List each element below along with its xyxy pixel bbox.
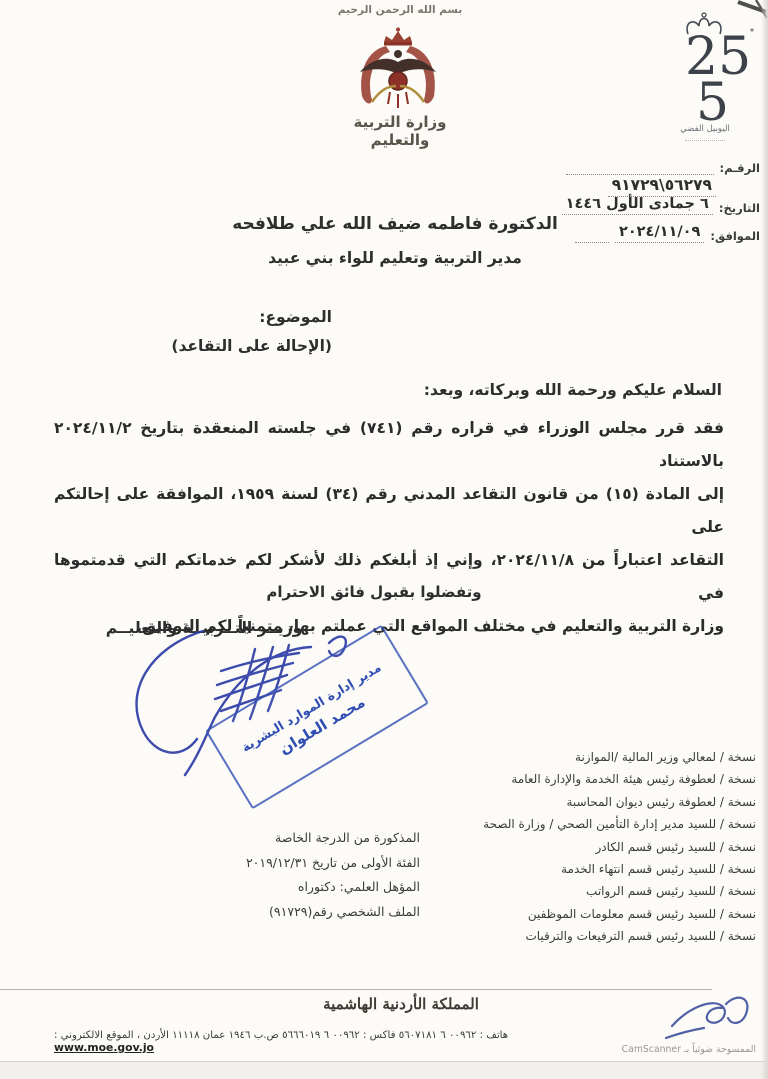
detail-line: المؤهل العلمي: دكتوراه <box>106 875 420 900</box>
subject-label: الموضوع: <box>58 308 332 326</box>
kingdom-name-calligraphy: المملكة الأردنية الهاشمية <box>272 995 530 1013</box>
camscanner-bottom-bar <box>0 1061 768 1079</box>
reference-number-value: ٥٦٢٧٩\٩١٧٢٩ <box>608 176 716 197</box>
detail-line: الفئة الأولى من تاريخ ٢٠١٩/١٢/٣١ <box>106 851 420 876</box>
detail-line: المذكورة من الدرجة الخاصة <box>106 826 420 851</box>
subject-value: (الإحالة على التقاعد) <box>58 337 332 355</box>
body-paragraph: فقد قرر مجلس الوزراء في قراره رقم (٧٤١) … <box>54 412 724 643</box>
gregorian-date-value: ٢٠٢٤/١١/٠٩ <box>615 224 704 243</box>
copy-list-item: نسخة / لعطوفة رئيس ديوان المحاسبة <box>426 791 756 813</box>
gregorian-date-row: الموافق: ٢٠٢٤/١١/٠٩ <box>575 224 760 243</box>
svg-text:5: 5 <box>696 73 729 124</box>
body-line: فقد قرر مجلس الوزراء في قراره رقم (٧٤١) … <box>54 412 724 478</box>
subject-block: الموضوع: (الإحالة على التقاعد) <box>58 308 332 355</box>
page-edge-shadow <box>761 0 768 1079</box>
reference-number-label: الرقـم: <box>720 161 761 175</box>
copy-list-item: نسخة / للسيد مدير إدارة التأمين الصحي / … <box>426 813 756 835</box>
copy-list-item: نسخة / للسيد رئيس قسم الرواتب <box>426 880 756 902</box>
scanned-letter-page: بسم الله الرحمن الرحيم وزارة التربية وال… <box>0 0 768 1079</box>
jordan-coat-of-arms-icon <box>338 26 458 116</box>
copy-list-item: نسخة / لمعالي وزير المالية /الموازنة <box>426 746 756 768</box>
footer-divider <box>0 989 712 990</box>
hijri-date-value: ٦ جمادى الأول ١٤٤٦ <box>562 196 713 215</box>
footer-contact-line: هاتف : ٠٠٩٦٢ ٦ ٥٦٠٧١٨١ فاكس : ٠٠٩٦٢ ٦ ٥٦… <box>54 1030 532 1054</box>
addressee-title: مدير التربية وتعليم للواء بني عبيد <box>228 249 562 267</box>
body-line: إلى المادة (١٥) من قانون التقاعد المدني … <box>54 478 724 544</box>
copy-list-item: نسخة / للسيد رئيس قسم معلومات الموظفين <box>426 903 756 925</box>
copy-list-item: نسخة / للسيد رئيس قسم انتهاء الخدمة <box>426 858 756 880</box>
jubilee-subline-decoration <box>685 137 725 141</box>
copy-list-item: نسخة / للسيد رئيس قسم الكادر <box>426 836 756 858</box>
greeting-line: السلام عليكم ورحمة الله وبركاته، وبعد: <box>424 381 722 399</box>
ministry-website-url: www.moe.gov.jo <box>54 1041 154 1054</box>
bismillah-calligraphy: بسم الله الرحمن الرحيم <box>318 4 482 16</box>
gregorian-date-label: الموافق: <box>710 229 760 243</box>
addressee-block: الدكتورة فاطمه ضيف الله علي طلافحه مدير … <box>228 214 562 267</box>
copy-list-item: نسخة / لعطوفة رئيس هيئة الخدمة والإدارة … <box>426 768 756 790</box>
ministry-name-calligraphy: وزارة التربية والتعليم <box>322 113 478 149</box>
closing-line: وتفضلوا بقبول فائق الاحترام <box>250 583 498 601</box>
detail-line: الملف الشخصي رقم(٩١٧٢٩) <box>106 900 420 925</box>
hijri-date-row: التاريخ: ٦ جمادى الأول ١٤٤٦ <box>562 196 760 215</box>
reference-number-row: الرقـم: <box>566 161 761 175</box>
employee-details-block: المذكورة من الدرجة الخاصة الفئة الأولى م… <box>106 826 420 924</box>
addressee-name: الدكتورة فاطمه ضيف الله علي طلافحه <box>228 214 562 234</box>
dotted-leader <box>566 164 714 175</box>
hijri-date-label: التاريخ: <box>719 201 760 215</box>
jubilee-label: اليوبيل الفضي <box>653 124 757 134</box>
footer-initial-signature-ink <box>660 978 760 1048</box>
dotted-leader <box>575 232 609 243</box>
copies-distribution-list: نسخة / لمعالي وزير المالية /الموازنة نسخ… <box>426 746 756 948</box>
copy-list-item: نسخة / للسيد رئيس قسم الترفيعات والترقيا… <box>426 925 756 947</box>
contact-text: هاتف : ٠٠٩٦٢ ٦ ٥٦٠٧١٨١ فاكس : ٠٠٩٦٢ ٦ ٥٦… <box>54 1030 508 1041</box>
